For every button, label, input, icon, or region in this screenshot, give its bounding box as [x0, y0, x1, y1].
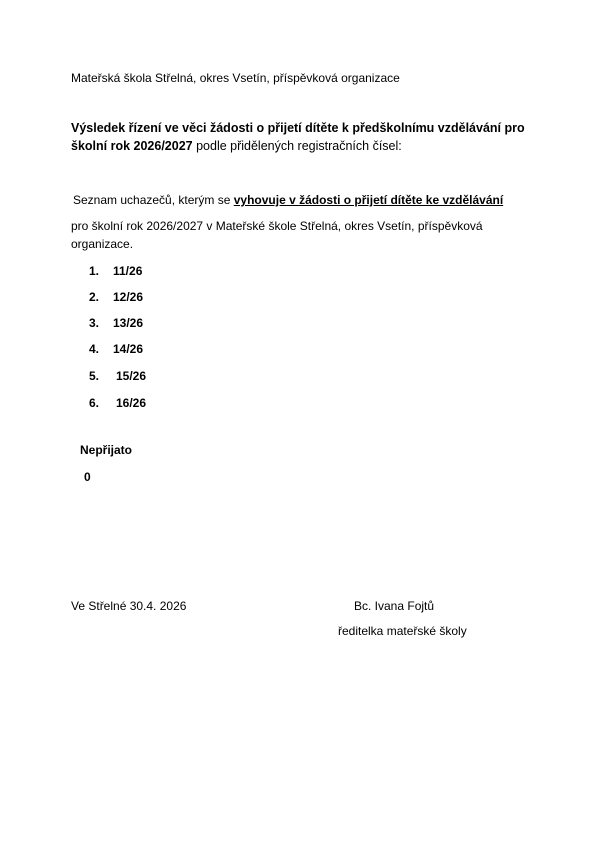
signatory-title: ředitelka mateřské školy — [338, 624, 467, 638]
heading-line-2-rest: podle přidělených registračních čísel: — [193, 139, 402, 153]
registration-number: 14/26 — [113, 342, 143, 356]
accepted-intro-emphasis: vyhovuje v žádosti o přijetí dítěte ke v… — [234, 193, 503, 207]
list-item-number: 4. — [89, 342, 99, 356]
place-date: Ve Střelné 30.4. 2026 — [71, 599, 186, 613]
list-item-number: 1. — [89, 264, 99, 278]
rejected-label: Nepřijato — [80, 443, 132, 457]
heading-line-1: Výsledek řízení ve věci žádosti o přijet… — [71, 121, 525, 135]
accepted-intro-line-2: pro školní rok 2026/2027 v Mateřské škol… — [71, 219, 483, 233]
accepted-intro-prefix: Seznam uchazečů, kterým se — [73, 193, 234, 207]
list-item-number: 2. — [89, 290, 99, 304]
accepted-intro-line-1: Seznam uchazečů, kterým se vyhovuje v žá… — [73, 193, 503, 207]
signatory-name: Bc. Ivana Fojtů — [354, 599, 434, 613]
institution-name: Mateřská škola Střelná, okres Vsetín, př… — [71, 71, 400, 85]
list-item-number: 3. — [89, 316, 99, 330]
list-item-number: 5. — [89, 369, 99, 383]
registration-number: 11/26 — [113, 264, 142, 278]
school-year-bold: školní rok 2026/2027 — [71, 139, 193, 153]
list-item-number: 6. — [89, 396, 99, 410]
accepted-intro-line-3: organizace. — [71, 237, 133, 251]
heading-line-2: školní rok 2026/2027 podle přidělených r… — [71, 139, 402, 153]
registration-number: 16/26 — [116, 396, 146, 410]
registration-number: 12/26 — [113, 290, 143, 304]
rejected-count: 0 — [84, 470, 91, 484]
registration-number: 13/26 — [113, 316, 143, 330]
registration-number: 15/26 — [116, 369, 146, 383]
